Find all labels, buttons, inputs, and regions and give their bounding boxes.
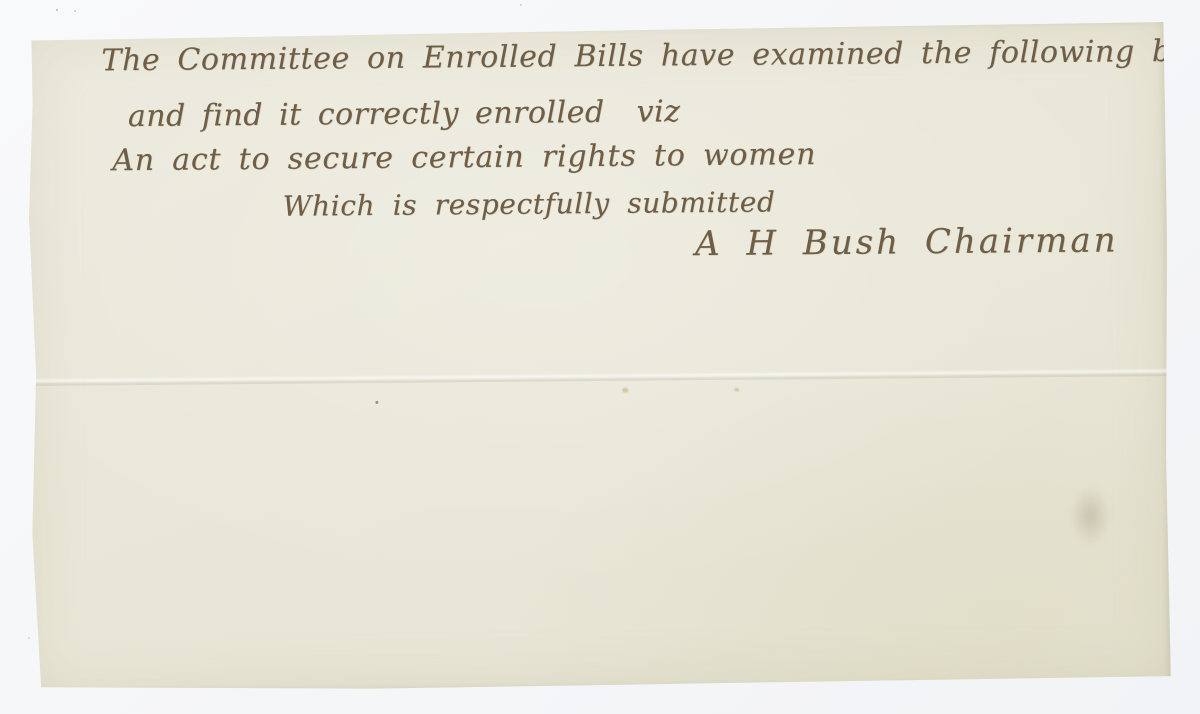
document-paper: The Committee on Enrolled Bills have exa… (25, 22, 1171, 692)
handwriting-line-enrolled: and find it correctly enrolledviz (128, 94, 681, 134)
handwritten-text: The Committee on Enrolled Bills have exa… (25, 22, 1165, 32)
fox-spot (622, 388, 628, 393)
dust-specks (56, 9, 58, 11)
fox-spot (734, 388, 739, 392)
handwriting-line-signature: A H Bush Chairman (695, 220, 1119, 264)
handwriting-line-submitted: Which is respectfully submitted (283, 185, 776, 222)
fold-crease (28, 368, 1168, 386)
handwriting-line-committee: The Committee on Enrolled Bills have exa… (101, 34, 1200, 79)
handwriting-line-enrolled-viz: viz (636, 94, 680, 129)
ink-speck (375, 401, 378, 404)
handwriting-line-enrolled-main: and find it correctly enrolled (128, 95, 605, 134)
handwriting-line-act-title: An act to secure certain rights to women (112, 137, 816, 178)
smudge-stain (1069, 485, 1112, 547)
scanned-document-background: The Committee on Enrolled Bills have exa… (0, 0, 1200, 714)
